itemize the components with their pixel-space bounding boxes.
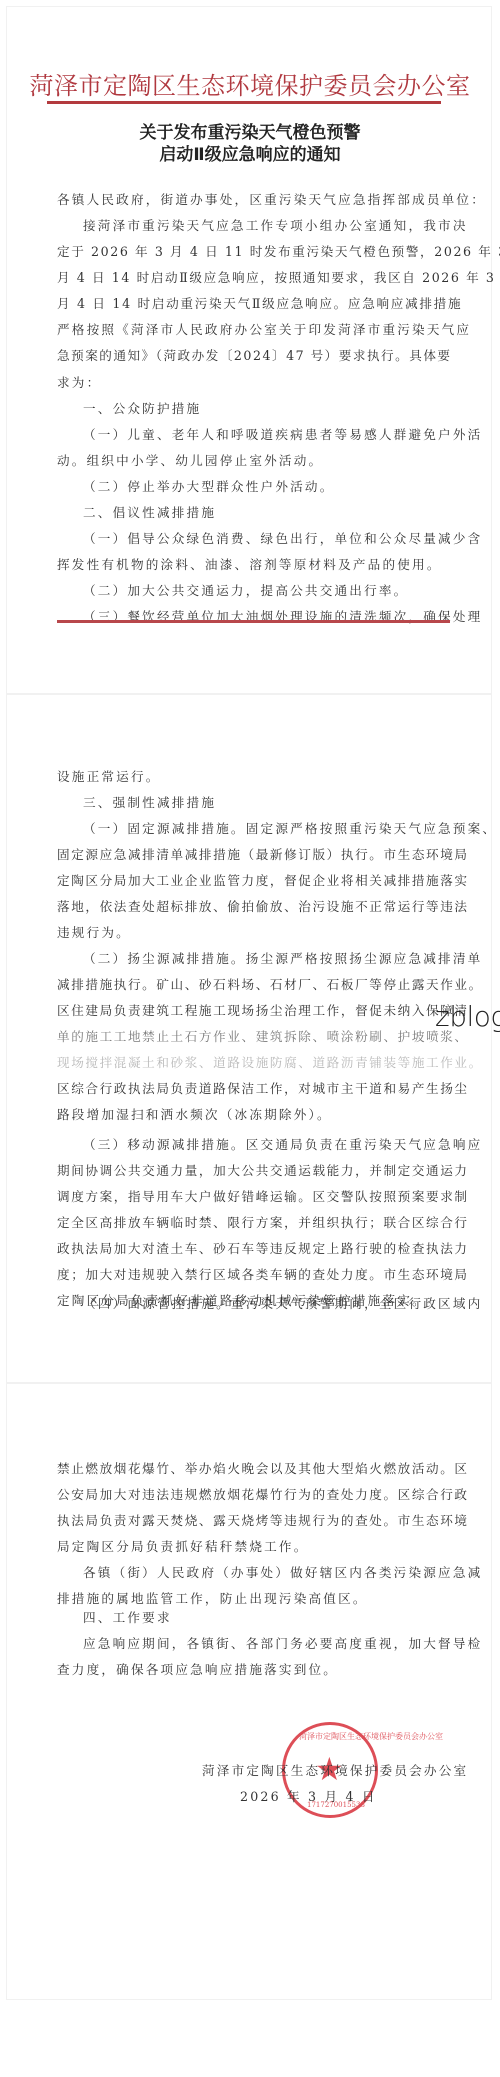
letterhead-red-rule (47, 101, 441, 104)
paragraph-line: 动。组织中小学、幼儿园停止室外活动。 (57, 450, 435, 469)
paragraph-line: 落地，依法查处超标排放、偷拍偷放、治污设施不正常运行等违法 (57, 896, 435, 915)
paragraph-line: 固定源应急减排清单减排措施（最新修订版）执行。市生态环境局 (57, 844, 435, 863)
paragraph-line: 严格按照《菏泽市人民政府办公室关于印发菏泽市重污染天气应 (57, 319, 435, 338)
paragraph-line: 度；加大对违规驶入禁行区域各类车辆的查处力度。市生态环境局 (57, 1264, 435, 1283)
section-heading-2: 二、倡议性减排措施 (83, 502, 461, 521)
paragraph-line: 各镇（街）人民政府（办事处）做好辖区内各类污染源应急减 (83, 1562, 461, 1581)
paragraph-line: （四）面源管控措施。重污染天气预警期间，全区行政区域内 (83, 1293, 461, 1312)
paragraph-line: 定于 2026 年 3 月 4 日 11 时发布重污染天气橙色预警，2026 年… (57, 241, 435, 260)
paragraph-line: 路段增加湿扫和洒水频次（冰冻期除外）。 (57, 1104, 435, 1123)
section-heading-3: 三、强制性减排措施 (83, 792, 461, 811)
paragraph-line: （二）加大公共交通运力，提高公共交通出行率。 (83, 580, 461, 599)
paragraph-line: 区住建局负责建筑工程施工现场扬尘治理工作，督促未纳入保障清 (57, 1000, 435, 1019)
paragraph-line: （一）倡导公众绿色消费、绿色出行，单位和公众尽量减少含 (83, 528, 461, 547)
paragraph-line: 期间协调公共交通力量，加大公共交通运载能力，并制定交通运力 (57, 1160, 435, 1179)
paragraph-line: 设施正常运行。 (57, 766, 435, 785)
section-heading-4: 四、工作要求 (83, 1607, 461, 1626)
paragraph-line: 区综合行政执法局负责道路保洁工作，对城市主干道和易产生扬尘 (57, 1078, 435, 1097)
paragraph-line: （二）停止举办大型群众性户外活动。 (83, 476, 461, 495)
paragraph-line: （一）固定源减排措施。固定源严格按照重污染天气应急预案、 (83, 818, 461, 837)
paragraph-line: 定全区高排放车辆临时禁、限行方案，并组织执行；联合区综合行 (57, 1212, 435, 1231)
paragraph-line: 月 4 日 14 时启动Ⅱ级应急响应，按照通知要求，我区自 2026 年 3 (57, 267, 435, 286)
paragraph-line: （三）移动源减排措施。区交通局负责在重污染天气应急响应 (83, 1134, 461, 1153)
signature-organization: 菏泽市定陶区生态环境保护委员会办公室 (202, 1760, 468, 1779)
paragraph-line: 挥发性有机物的涂料、油漆、溶剂等原材料及产品的使用。 (57, 554, 435, 573)
paragraph-line: 局定陶区分局负责抓好秸秆禁烧工作。 (57, 1536, 435, 1555)
paragraph-line: 急预案的通知》（菏政办发〔2024〕47 号）要求执行。具体要 (57, 345, 435, 364)
paragraph-line: 现场搅拌混凝土和砂浆、道路设施防腐、道路沥青铺装等施工作业。 (57, 1052, 435, 1071)
document-title-line-2: 启动Ⅱ级应急响应的通知 (0, 143, 500, 167)
paragraph-line: 减排措施执行。矿山、砂石料场、石材厂、石板厂等停止露天作业。 (57, 974, 435, 993)
page-footer-red-rule (57, 620, 450, 623)
paragraph-line: （二）扬尘源减排措施。扬尘源严格按照扬尘源应急减排清单 (83, 948, 461, 967)
paragraph-line: 接菏泽市重污染天气应急工作专项小组办公室通知，我市决 (83, 215, 435, 234)
paragraph-line: 月 4 日 14 时启动重污染天气Ⅱ级应急响应。应急响应减排措施 (57, 293, 435, 312)
paragraph-line: 定陶区分局加大工业企业监管力度，督促企业将相关减排措施落实 (57, 870, 435, 889)
paragraph-line: （一）儿童、老年人和呼吸道疾病患者等易感人群避免户外活 (83, 424, 461, 443)
paragraph-line: 违规行为。 (57, 922, 435, 941)
seal-arc-text: 菏泽市定陶区生态环境保护委员会办公室 (299, 1731, 443, 1742)
letterhead-organization: 菏泽市定陶区生态环境保护委员会办公室 (0, 66, 500, 101)
paragraph-line: 禁止燃放烟花爆竹、举办焰火晚会以及其他大型焰火燃放活动。区 (57, 1458, 435, 1477)
paragraph-line: 排措施的属地监管工作，防止出现污染高值区。 (57, 1588, 435, 1607)
paragraph-line: 公安局加大对违法违规燃放烟花爆竹行为的查处力度。区综合行政 (57, 1484, 435, 1503)
paragraph-line: 求为： (57, 372, 435, 391)
paragraph-line: 调度方案，指导用车大户做好错峰运输。区交警队按照预案要求制 (57, 1186, 435, 1205)
paragraph-line: 查力度，确保各项应急响应措施落实到位。 (57, 1659, 435, 1678)
section-heading-1: 一、公众防护措施 (83, 398, 461, 417)
paragraph-line: 单的施工工地禁止土石方作业、建筑拆除、喷涂粉刷、护坡喷浆、 (57, 1026, 435, 1045)
paragraph-line: 政执法局加大对渣土车、砂石车等违反规定上路行驶的检查执法力 (57, 1238, 435, 1257)
signature-date: 2026 年 3 月 4 日 (240, 1786, 377, 1805)
zblog-watermark: zblog (435, 1000, 500, 1033)
paragraph-line: 执法局负责对露天焚烧、露天烧烤等违规行为的查处。市生态环境 (57, 1510, 435, 1529)
document-title-line-1: 关于发布重污染天气橙色预警 (0, 121, 500, 145)
salutation: 各镇人民政府，街道办事处，区重污染天气应急指挥部成员单位： (57, 189, 435, 208)
paragraph-line: 应急响应期间，各镇街、各部门务必要高度重视，加大督导检 (83, 1633, 461, 1652)
